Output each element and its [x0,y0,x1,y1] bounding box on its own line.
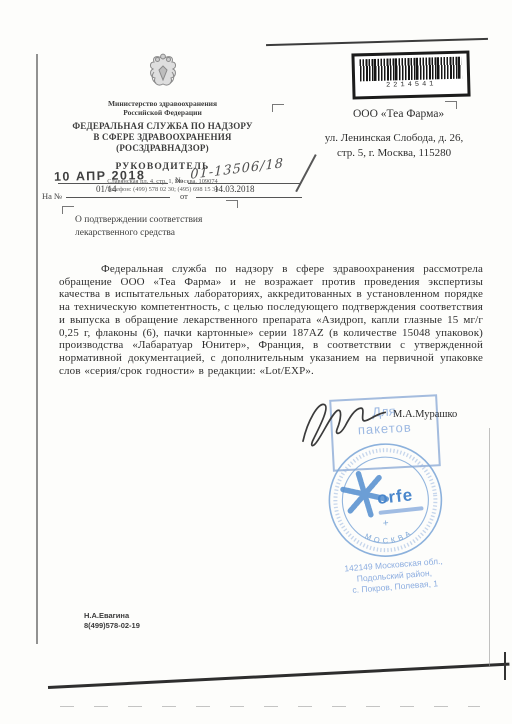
recipient-address-line1: ул. Ленинская Слобода, д. 26, [316,131,472,146]
barcode-number: 2214541 [355,80,467,91]
scan-right-edge-line [489,428,490,666]
scanned-letter-page: Министерство здравоохранения Российской … [0,0,512,724]
scan-bottom-dashes [60,706,480,707]
number-label: № [175,175,183,185]
letter-body-paragraph: Федеральная служба по надзору в сфере зд… [59,263,483,377]
incoming-date-line [196,196,302,198]
scan-top-diagonal-line [266,38,488,46]
incoming-date-value: 14.03.2018 [214,184,255,194]
handwritten-slash-mark [295,154,316,192]
incoming-date-stamp: 10 АПР 2018 [54,168,146,184]
from-label: от [180,191,188,201]
ministry-line1: Министерство здравоохранения [40,99,285,108]
barcode-box: 2214541 [351,50,470,99]
service-name-line1: ФЕДЕРАЛЬНАЯ СЛУЖБА ПО НАДЗОРУ [40,121,285,132]
service-name-line2: В СФЕРЕ ЗДРАВООХРАНЕНИЯ [40,132,285,143]
service-name-line3: (РОСЗДРАВНАДЗОР) [40,143,285,154]
incoming-number-label: На № [42,191,62,201]
subject-line2: лекарственного средства [75,227,245,240]
corner-mark [445,101,457,109]
scan-left-edge-line [36,54,38,644]
executor-block: Н.А.Евагина 8(499)578-02-19 [84,611,140,630]
barcode-icon [360,57,463,82]
ministry-line2: Российской Федерации [40,108,285,117]
corner-mark [62,206,74,214]
subject-line1: О подтверждении соответствия [75,214,245,227]
incoming-number-line [66,196,170,198]
executor-name: Н.А.Евагина [84,611,140,621]
subject-block: О подтверждении соответствия лекарственн… [75,214,245,239]
coat-of-arms-icon [146,52,180,97]
recipient-address: ул. Ленинская Слобода, д. 26, стр. 5, г.… [316,131,472,161]
round-stamp-cross: + [382,518,389,530]
corner-mark [226,200,238,208]
executor-phone: 8(499)578-02-19 [84,621,140,631]
scan-bottom-page-edge [48,663,510,689]
handwritten-signature [294,390,403,460]
scan-right-corner-line [504,652,506,680]
orfe-logo-text: orfe [376,485,414,509]
recipient-address-line2: стр. 5, г. Москва, 115280 [316,146,472,161]
recipient-name: ООО «Теа Фарма» [353,108,444,120]
incoming-number-value: 01/14 [96,184,117,194]
signer-name: М.А.Мурашко [393,409,457,420]
